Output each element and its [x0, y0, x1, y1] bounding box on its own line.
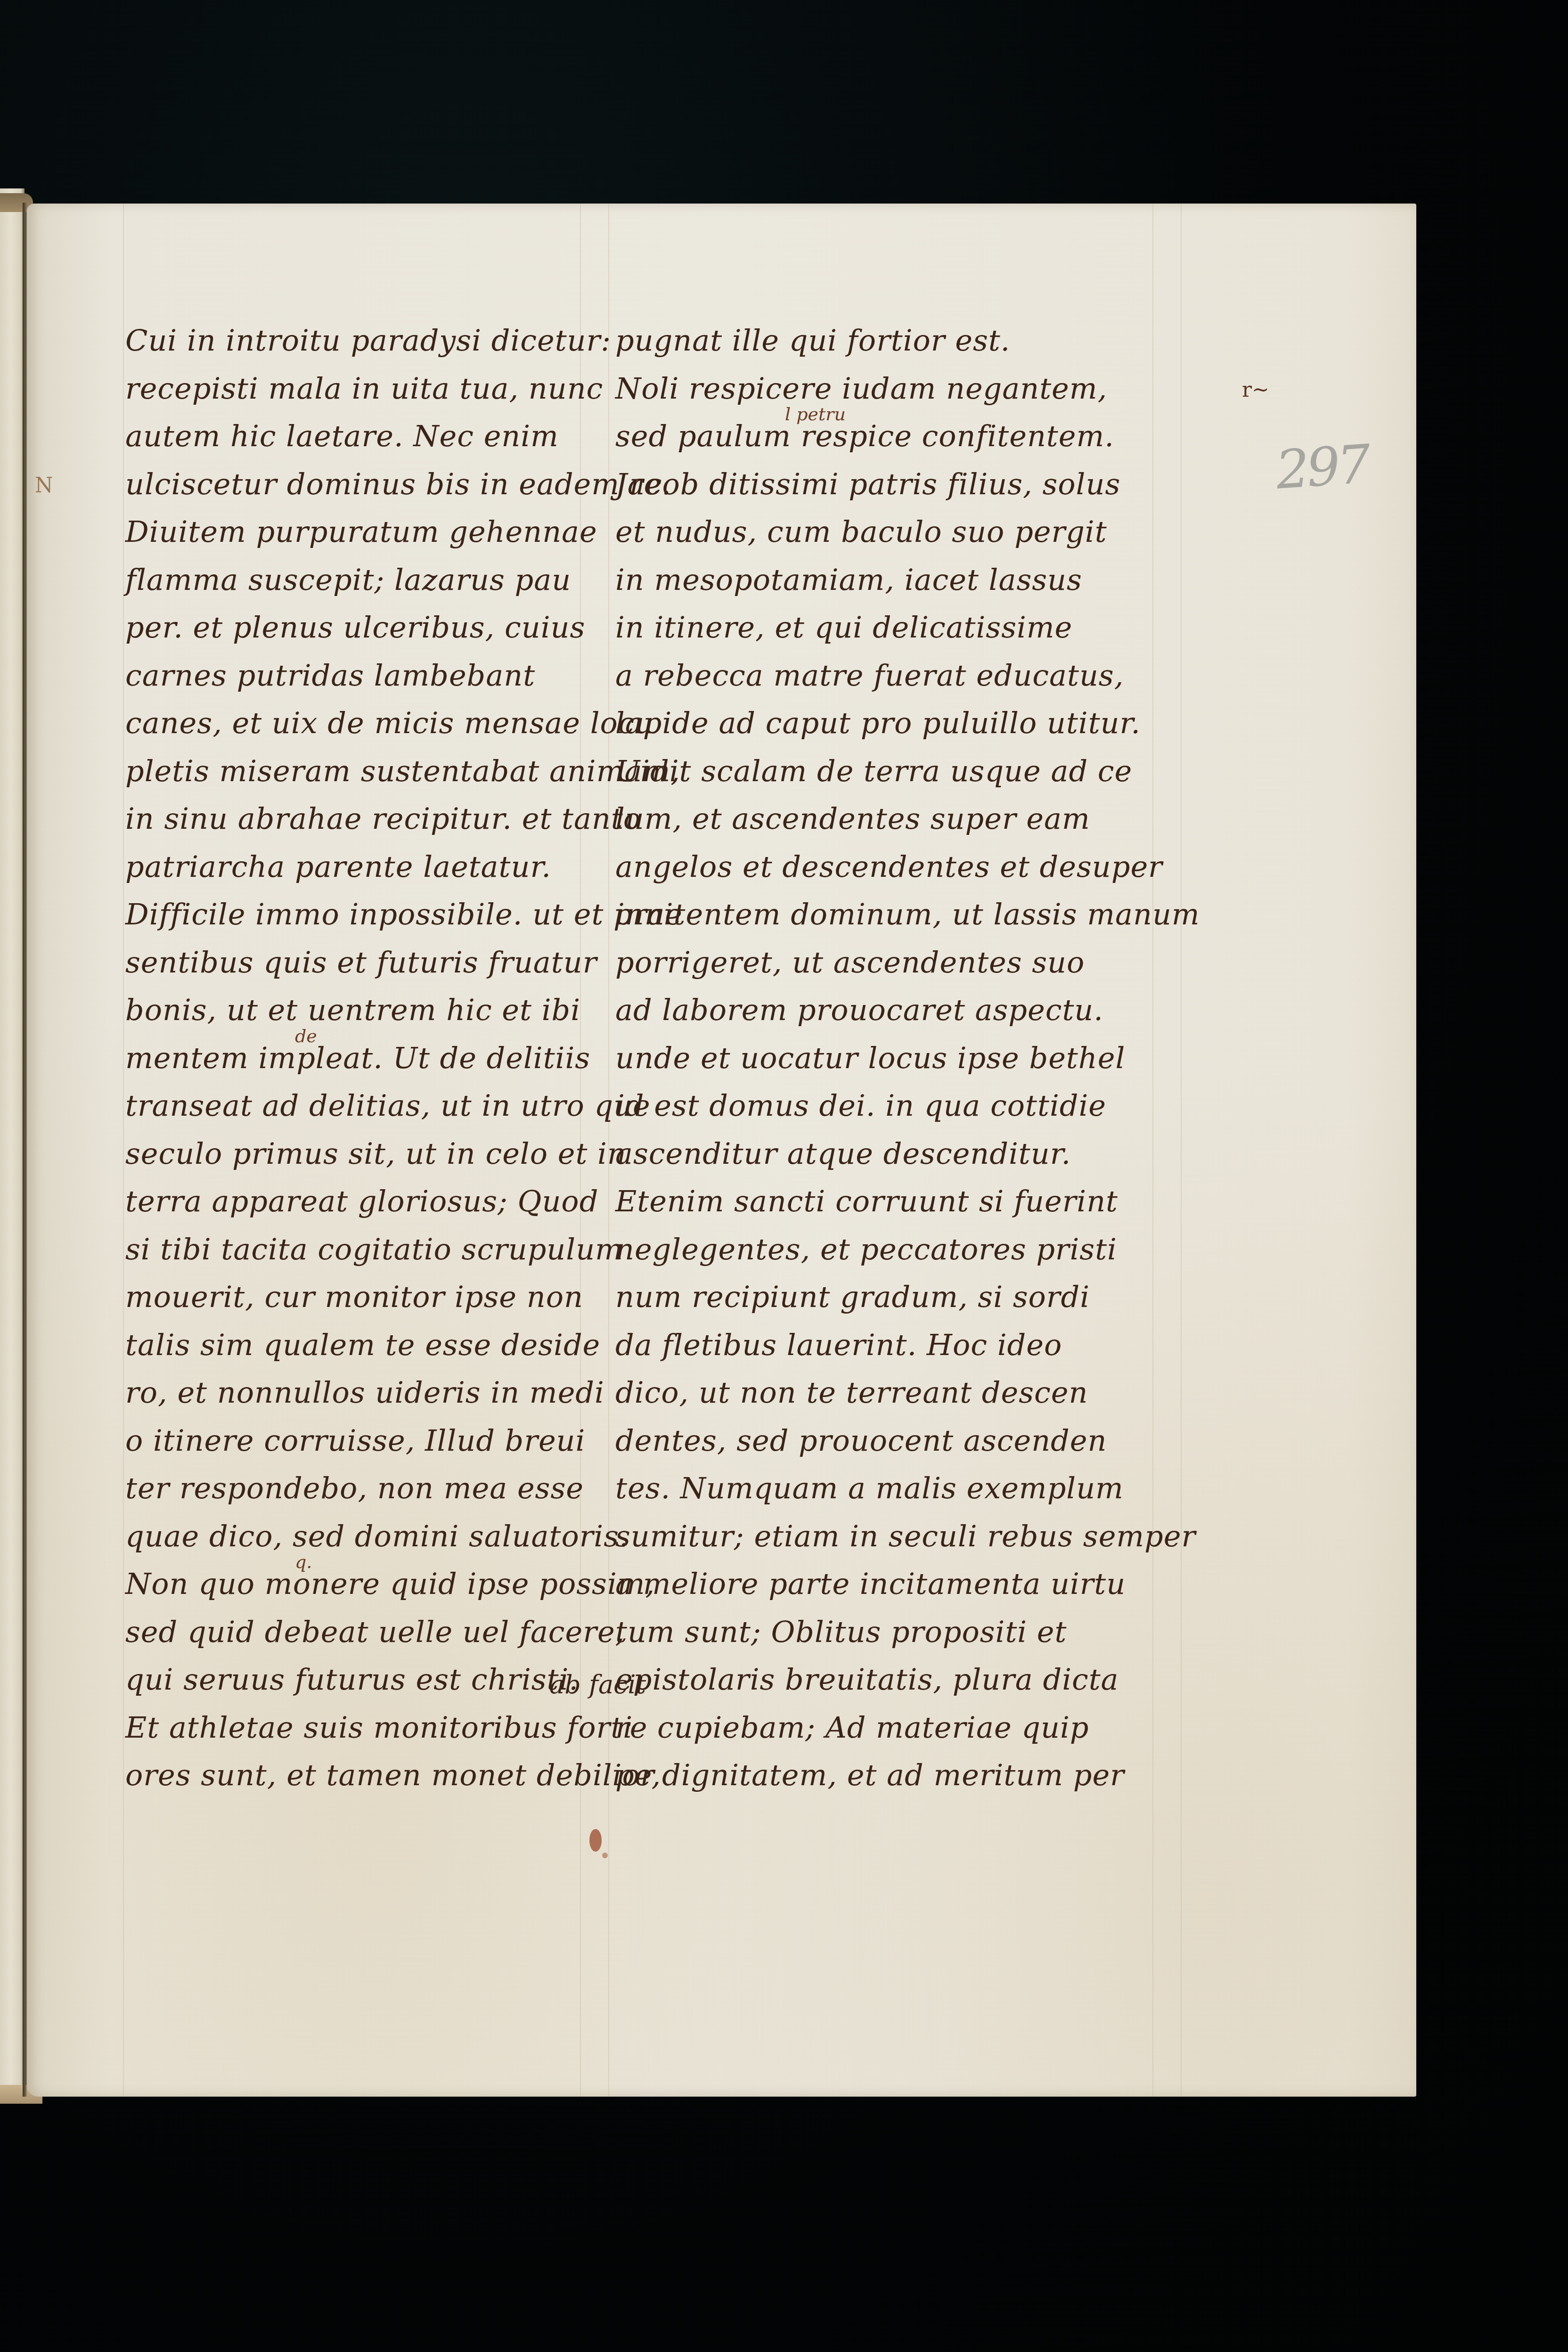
text-line: lapide ad caput pro puluillo utitur. [615, 709, 1141, 738]
text-line: neglegentes, et peccatores pristi [615, 1235, 1117, 1264]
text-line: tes. Numquam a malis exemplum [615, 1474, 1124, 1503]
gutter-shadow [23, 203, 27, 2097]
text-line: si tibi tacita cogitatio scrupulum [125, 1235, 623, 1264]
text-line: Difficile immo inpossibile. ut et prae [125, 900, 683, 929]
text-line: a rebecca matre fuerat educatus, [615, 661, 1124, 690]
text-line: da fletibus lauerint. Hoc ideo [615, 1331, 1062, 1360]
text-line: a meliore parte incitamenta uirtu [615, 1569, 1126, 1599]
text-line: autem hic laetare. Nec enim [125, 422, 559, 451]
text-line: lum, et ascendentes super eam [615, 804, 1090, 833]
text-line: carnes putridas lambebant [125, 661, 535, 690]
text-line: ro, et nonnullos uideris in medi [125, 1378, 604, 1407]
text-line: in itinere, et qui delicatissime [615, 613, 1072, 642]
text-line: ad laborem prouocaret aspectu. [615, 996, 1103, 1025]
text-line: ter respondebo, non mea esse [125, 1474, 584, 1503]
text-line: unde et uocatur locus ipse bethel [615, 1044, 1125, 1073]
text-line: ulciscetur dominus bis in eadem re. [125, 470, 671, 499]
text-line: Cui in introitu paradysi dicetur: [125, 326, 611, 355]
text-line: num recipiunt gradum, si sordi [615, 1282, 1090, 1312]
text-line: pe dignitatem, et ad meritum per [615, 1761, 1125, 1790]
text-line: mouerit, cur monitor ipse non [125, 1282, 583, 1312]
interlinear-gloss: q. [295, 1552, 312, 1572]
text-line: dentes, sed prouocent ascenden [615, 1426, 1107, 1455]
text-line: per. et plenus ulceribus, cuius [125, 613, 585, 642]
text-line: Non quo monere quid ipse possim, [125, 1569, 655, 1599]
text-line: flamma suscepit; lazarus pau [125, 565, 571, 595]
text-line: pletis miseram sustentabat animam, [125, 757, 680, 786]
text-line: Noli respicere iudam negantem, [615, 374, 1107, 403]
text-line: mentem impleat. Ut de delitiis [125, 1044, 590, 1073]
margin-correction-note: ab facit [549, 1670, 646, 1699]
text-line: ores sunt, et tamen monet debilior, [125, 1761, 661, 1790]
interlinear-gloss: l petru [785, 404, 846, 425]
text-line: in sinu abrahae recipitur. et tanto [125, 804, 641, 833]
text-line: qui seruus futurus est christi. [125, 1665, 579, 1694]
interlinear-gloss: de [295, 1026, 317, 1046]
ruling-line [1181, 204, 1182, 2097]
facing-page-edge [0, 188, 24, 2101]
text-line: bonis, ut et uentrem hic et ibi [125, 996, 580, 1025]
text-line: dico, ut non te terreant descen [615, 1378, 1088, 1407]
text-line: sumitur; etiam in seculi rebus semper [615, 1522, 1196, 1551]
text-line: angelos et descendentes et desuper [615, 852, 1163, 882]
text-line: patriarcha parente laetatur. [125, 852, 551, 882]
text-line: quae dico, sed domini saluatoris. [125, 1522, 629, 1551]
text-line: seculo primus sit, ut in celo et in [125, 1139, 627, 1168]
text-line: Etenim sancti corruunt si fuerint [615, 1187, 1118, 1216]
text-line: canes, et uix de micis mensae locu [125, 709, 654, 738]
text-line: o itinere corruisse, Illud breui [125, 1426, 585, 1455]
ruling-line [123, 204, 124, 2097]
ruling-line [1152, 204, 1153, 2097]
ink-stain [602, 1853, 608, 1858]
ink-stain [589, 1829, 602, 1852]
text-line: in mesopotamiam, iacet lassus [615, 565, 1082, 595]
text-line: id est domus dei. in qua cottidie [615, 1091, 1106, 1120]
text-line: porrigeret, ut ascendentes suo [615, 948, 1085, 977]
margin-letter-mark: N [35, 474, 53, 498]
text-line: sed quid debeat uelle uel facere, [125, 1617, 625, 1647]
text-line: sentibus quis et futuris fruatur [125, 948, 597, 977]
manuscript-page: 297 Cui in introitu paradysi dicetur:rec… [26, 204, 1416, 2097]
folio-number: 297 [1274, 433, 1370, 501]
text-line: Diuitem purpuratum gehennae [125, 517, 597, 547]
text-line: talis sim qualem te esse deside [125, 1331, 600, 1360]
text-line: tum sunt; Oblitus propositi et [615, 1617, 1067, 1647]
text-line: transeat ad delitias, ut in utro que [125, 1091, 651, 1120]
text-line: pugnat ille qui fortior est. [615, 326, 1010, 355]
text-line: Uidit scalam de terra usque ad ce [615, 757, 1132, 786]
text-line: epistolaris breuitatis, plura dicta [615, 1665, 1119, 1694]
text-line: Et athletae suis monitoribus forti [125, 1713, 633, 1742]
text-line: sed paulum respice confitentem. [615, 422, 1114, 451]
text-line: recepisti mala in uita tua, nunc [125, 374, 603, 403]
text-line: ascenditur atque descenditur. [615, 1139, 1071, 1168]
margin-mark: r~ [1242, 378, 1269, 402]
text-line: terra appareat gloriosus; Quod [125, 1187, 598, 1216]
text-line: Jacob ditissimi patris filius, solus [615, 470, 1120, 499]
text-line: innitentem dominum, ut lassis manum [615, 900, 1200, 929]
text-line: et nudus, cum baculo suo pergit [615, 517, 1107, 547]
text-line: re cupiebam; Ad materiae quip [615, 1713, 1089, 1742]
